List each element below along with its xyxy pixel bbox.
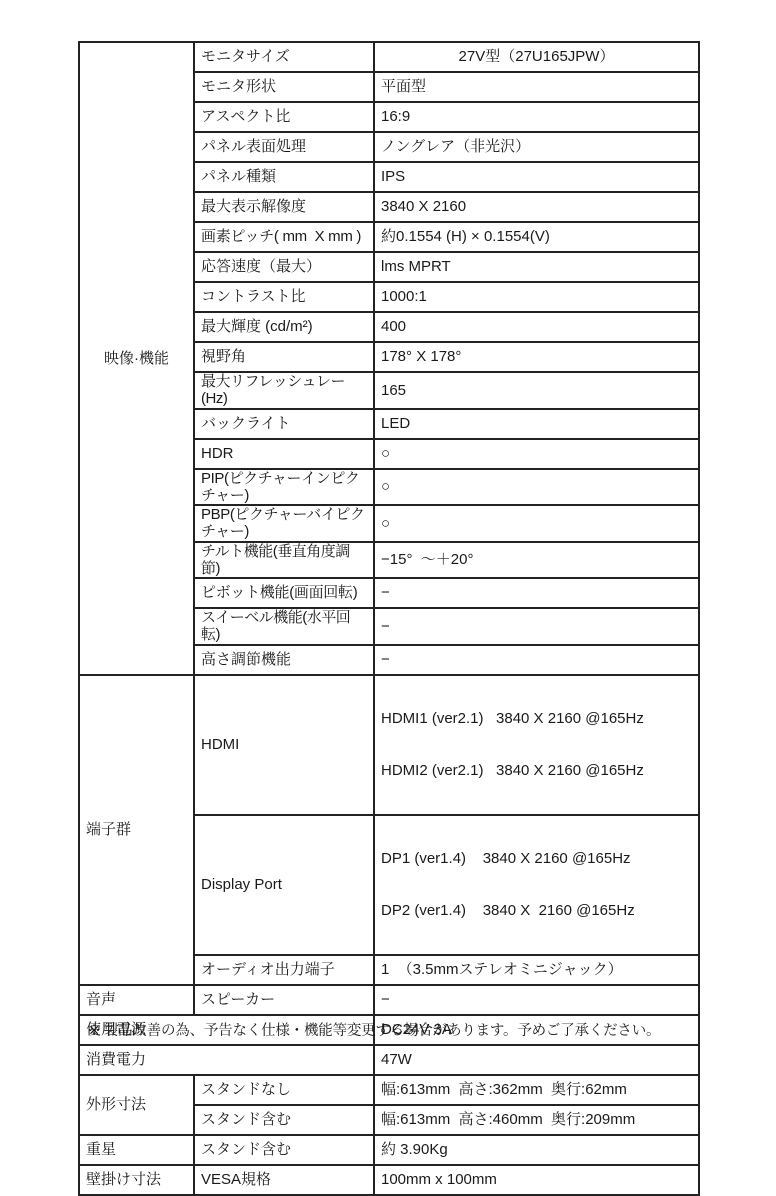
hdr-label: HDR	[194, 439, 374, 469]
contrast-label: コントラスト比	[194, 282, 374, 312]
power-consumption-value: 47W	[374, 1045, 699, 1075]
swivel-label: スイーベル機能(水平回転)	[194, 608, 374, 645]
dim-with-stand-value: 幅:613mm 高さ:460mm 奥行:209mm	[374, 1105, 699, 1135]
speaker-value: −	[374, 985, 699, 1015]
aspect-ratio-value: 16:9	[374, 102, 699, 132]
spec-sheet: 映像·機能 モニタサイズ 27V型（27U165JPW） モニタ形状 平面型 ア…	[0, 0, 776, 1080]
group-weight: 重星	[79, 1135, 194, 1165]
weight-with-stand-value: 約 3.90Kg	[374, 1135, 699, 1165]
panel-type-value: IPS	[374, 162, 699, 192]
pbp-label: PBP(ピクチャーバイピクチャー)	[194, 505, 374, 542]
pip-label: PIP(ピクチャーインピクチャー)	[194, 469, 374, 506]
tilt-value: −15° ～＋20°	[374, 542, 699, 579]
surface-treatment-value: ノングレア（非光沢）	[374, 132, 699, 162]
group-wall-mount: 壁掛け寸法	[79, 1165, 194, 1195]
surface-treatment-label: パネル表面処理	[194, 132, 374, 162]
monitor-shape-value: 平面型	[374, 72, 699, 102]
backlight-label: バックライト	[194, 409, 374, 439]
monitor-size-value: 27V型（27U165JPW）	[374, 42, 699, 72]
viewing-angle-label: 視野角	[194, 342, 374, 372]
height-adjust-value: −	[374, 645, 699, 675]
group-audio: 音声	[79, 985, 194, 1015]
hdmi-label: HDMI	[194, 675, 374, 815]
pivot-label: ピボット機能(画面回転)	[194, 578, 374, 608]
pixel-pitch-label: 画素ピッチ( mm X mm )	[194, 222, 374, 252]
hdmi-value: HDMI1 (ver2.1) 3840 X 2160 @165Hz HDMI2 …	[374, 675, 699, 815]
dim-no-stand-value: 幅:613mm 高さ:362mm 奥行:62mm	[374, 1075, 699, 1105]
max-resolution-label: 最大表示解像度	[194, 192, 374, 222]
pivot-value: −	[374, 578, 699, 608]
panel-type-label: パネル種類	[194, 162, 374, 192]
weight-with-stand-label: スタンド含む	[194, 1135, 374, 1165]
displayport-value-line2: DP2 (ver1.4) 3840 X 2160 @165Hz	[381, 902, 692, 919]
monitor-size-label: モニタサイズ	[194, 42, 374, 72]
displayport-value: DP1 (ver1.4) 3840 X 2160 @165Hz DP2 (ver…	[374, 815, 699, 955]
audio-out-value: 1 （3.5mmステレオミニジャック）	[374, 955, 699, 985]
height-adjust-label: 高さ調節機能	[194, 645, 374, 675]
brightness-value: 400	[374, 312, 699, 342]
hdmi-value-line1: HDMI1 (ver2.1) 3840 X 2160 @165Hz	[381, 710, 692, 727]
hdmi-value-line2: HDMI2 (ver2.1) 3840 X 2160 @165Hz	[381, 762, 692, 779]
dim-with-stand-label: スタンド含む	[194, 1105, 374, 1135]
pip-value: ○	[374, 469, 699, 506]
monitor-shape-label: モニタ形状	[194, 72, 374, 102]
response-time-label: 応答速度（最大）	[194, 252, 374, 282]
group-dimensions: 外形寸法	[79, 1075, 194, 1135]
aspect-ratio-label: アスペクト比	[194, 102, 374, 132]
refresh-rate-value: 165	[374, 372, 699, 409]
displayport-value-line1: DP1 (ver1.4) 3840 X 2160 @165Hz	[381, 850, 692, 867]
pixel-pitch-value: 約0.1554 (H) × 0.1554(V)	[374, 222, 699, 252]
dim-no-stand-label: スタンドなし	[194, 1075, 374, 1105]
hdr-value: ○	[374, 439, 699, 469]
displayport-label: Display Port	[194, 815, 374, 955]
audio-out-label: オーディオ出力端子	[194, 955, 374, 985]
disclaimer-footnote: ※ 製品改善の為、予告なく仕様・機能等変更する場合があります。予めご了承ください…	[88, 1019, 760, 1040]
contrast-value: 1000:1	[374, 282, 699, 312]
brightness-label: 最大輝度 (cd/m²)	[194, 312, 374, 342]
backlight-value: LED	[374, 409, 699, 439]
vesa-value: 100mm x 100mm	[374, 1165, 699, 1195]
max-resolution-value: 3840 X 2160	[374, 192, 699, 222]
group-video-features: 映像·機能	[79, 42, 194, 675]
viewing-angle-value: 178° X 178°	[374, 342, 699, 372]
tilt-label: チルト機能(垂直角度調節)	[194, 542, 374, 579]
swivel-value: −	[374, 608, 699, 645]
group-ports: 端子群	[79, 675, 194, 985]
power-consumption-label: 消費電力	[79, 1045, 374, 1075]
vesa-label: VESA規格	[194, 1165, 374, 1195]
speaker-label: スピーカー	[194, 985, 374, 1015]
refresh-rate-label: 最大リフレッシュレー(Hz)	[194, 372, 374, 409]
pbp-value: ○	[374, 505, 699, 542]
response-time-value: lms MPRT	[374, 252, 699, 282]
